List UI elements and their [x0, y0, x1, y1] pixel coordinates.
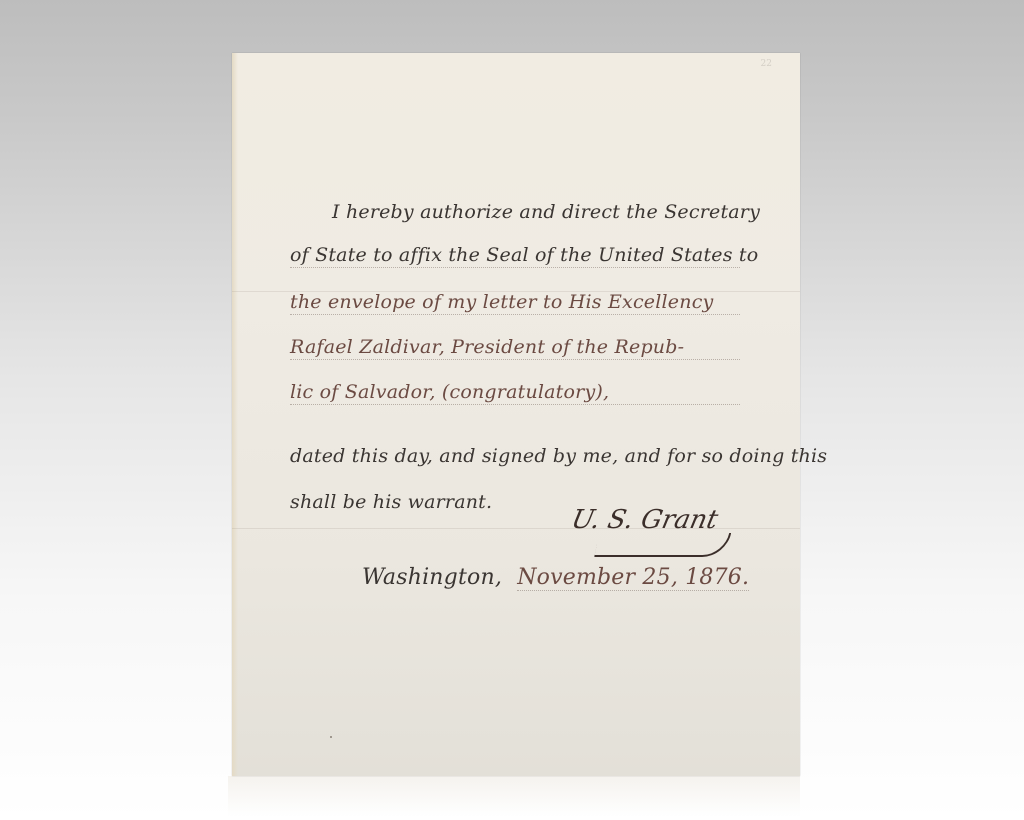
text-line-6: dated this day, and signed by me, and fo… [290, 445, 827, 467]
warrant-document: 22 I hereby authorize and direct the Sec… [232, 53, 800, 776]
text-line-5: lic of Salvador, (congratulatory), [290, 381, 740, 405]
signature: U. S. Grant [569, 505, 721, 535]
text-line-3: the envelope of my letter to His Excelle… [290, 291, 740, 315]
place: Washington, [362, 565, 502, 590]
text-line-1: I hereby authorize and direct the Secret… [332, 201, 760, 223]
text-line-7: shall be his warrant. [290, 491, 492, 513]
corner-mark: 22 [761, 59, 772, 69]
paper-speck [330, 736, 332, 738]
paper-reflection [228, 776, 800, 816]
date: November 25, 1876. [517, 565, 749, 591]
place-date-line: Washington, November 25, 1876. [362, 565, 749, 590]
text-line-2: of State to affix the Seal of the United… [290, 244, 740, 268]
text-line-4: Rafael Zaldivar, President of the Repub- [290, 336, 740, 360]
